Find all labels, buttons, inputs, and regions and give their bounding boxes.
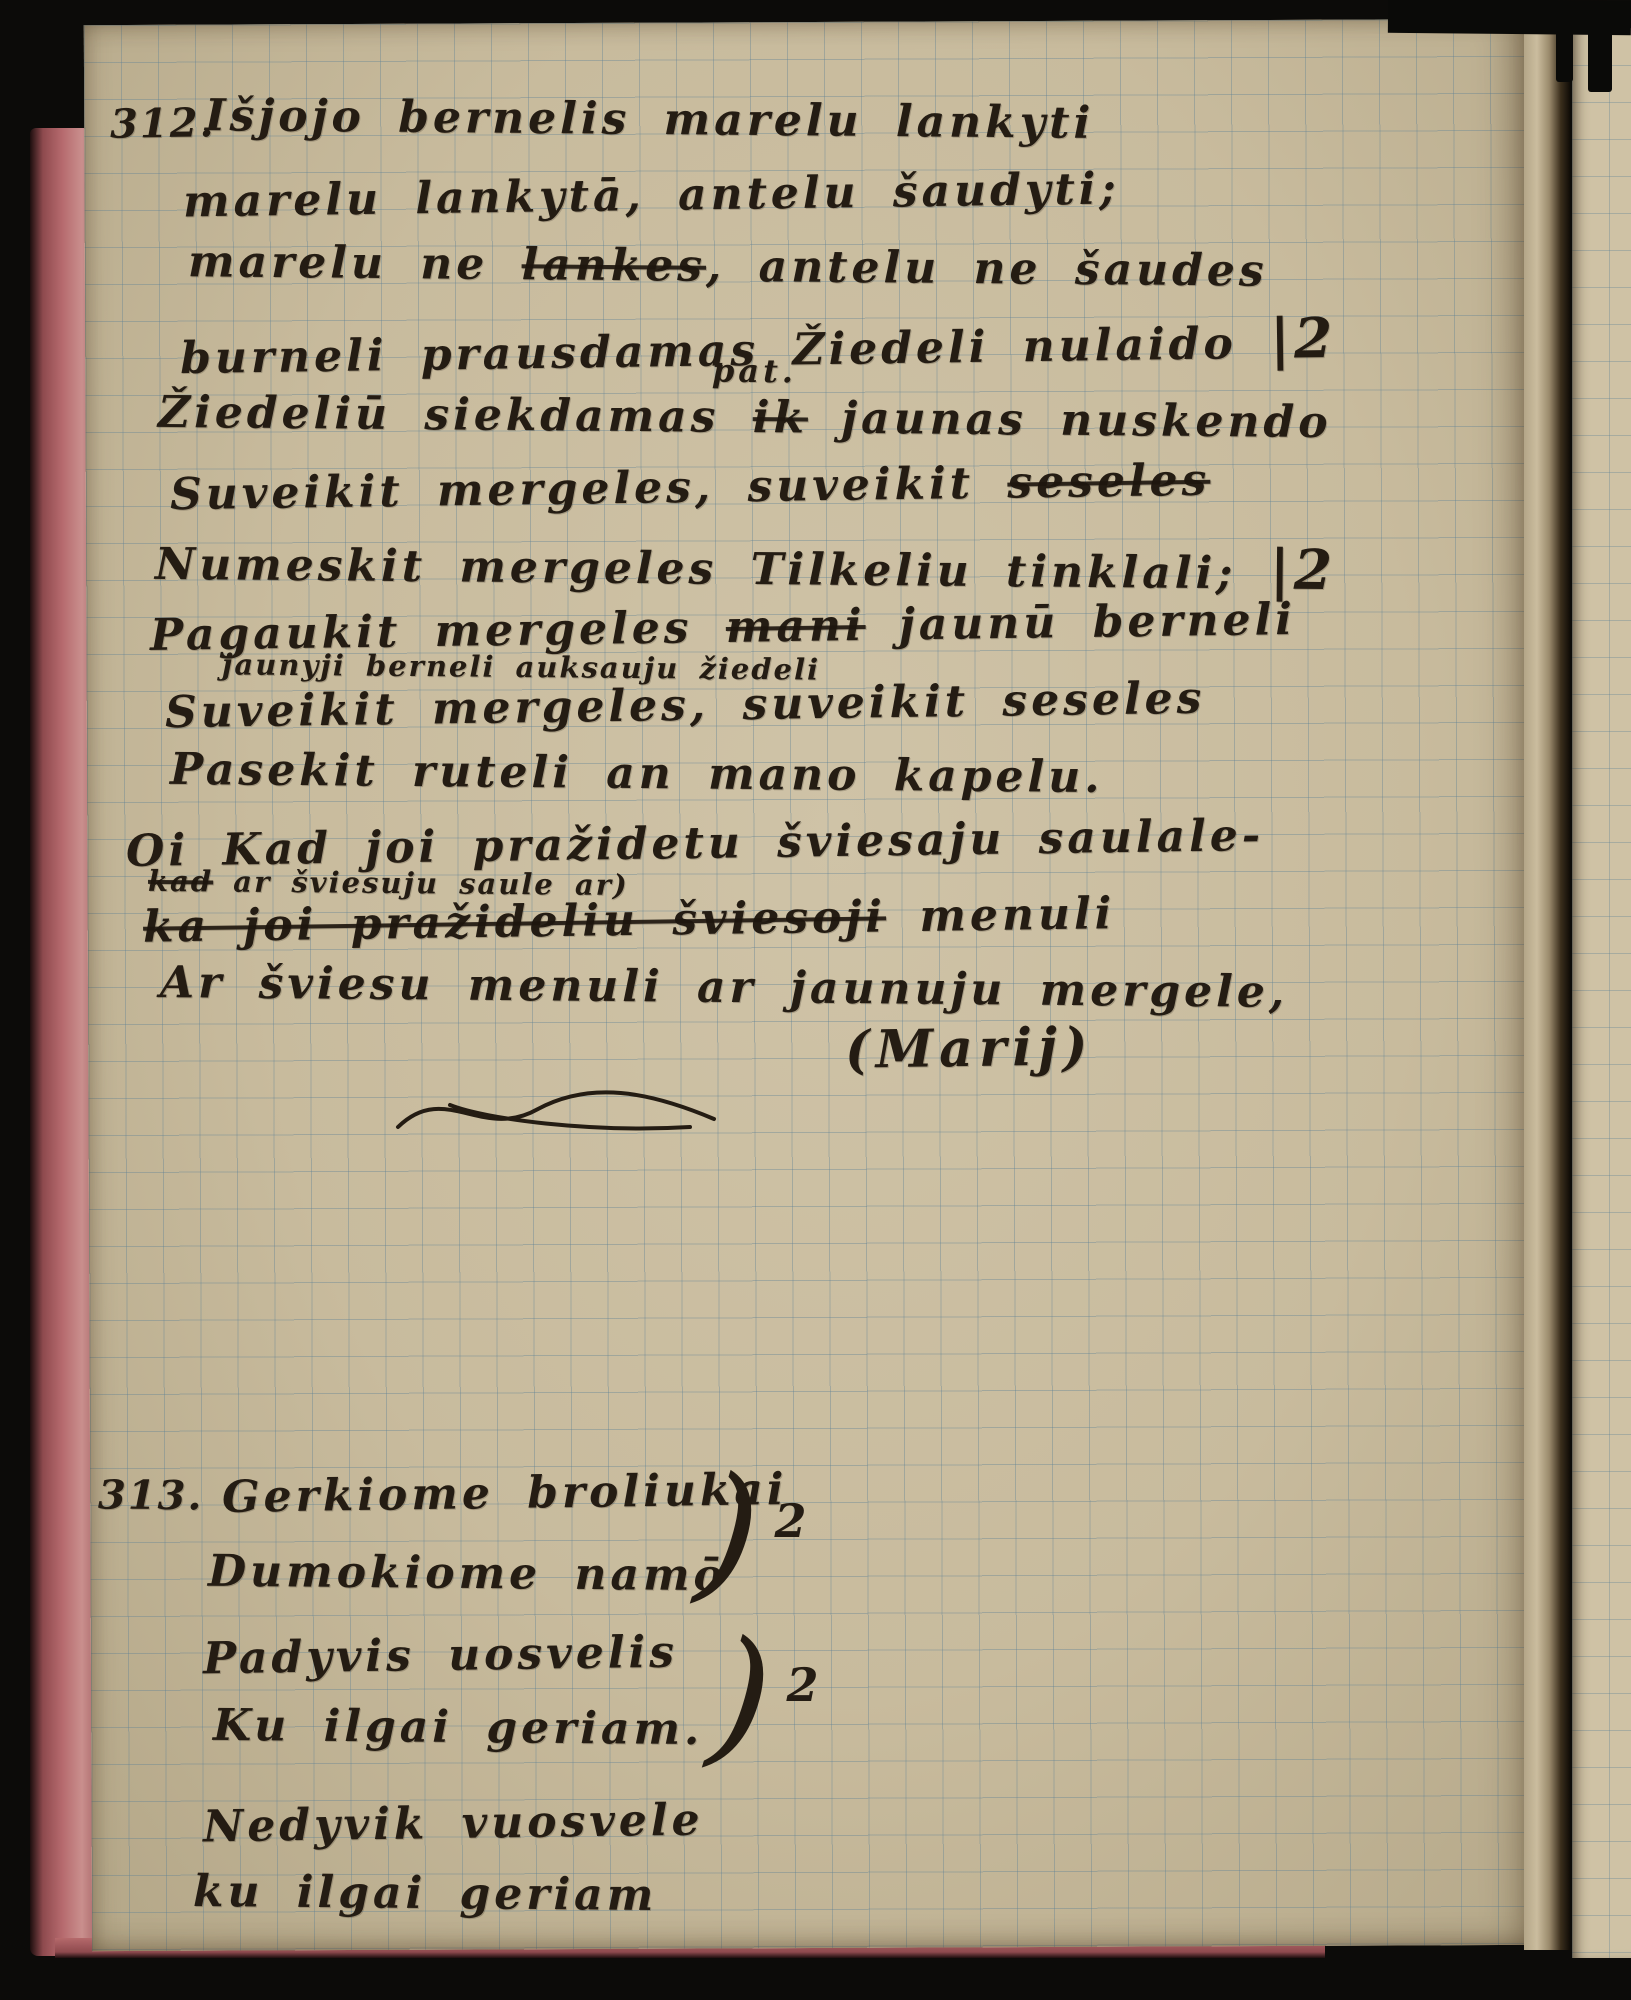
manuscript-line: Pasekit ruteli an mano kapelu. [170,744,1104,803]
text-segment: Nedyvik vuosvele [203,1795,704,1853]
song-number-312: 312. [110,99,216,147]
struck-word: ik [753,392,809,443]
struck-phrase: ka joi pražideliu šviesoji [143,891,887,952]
text-segment: jaunū berneli [865,594,1296,651]
text-segment: Dumokiome namō [208,1546,727,1602]
struck-word: kad [148,864,213,899]
binding-clip [1556,30,1573,82]
repeat-bracket-glyph: ) [692,1455,766,1610]
repeat-count: 2 [787,1658,819,1712]
struck-word: lankes [521,239,706,292]
text-segment: menuli [886,888,1116,942]
text-segment: Ar šviesu menuli ar jaunuju mergele, [160,957,1289,1018]
struck-word: seseles [1007,455,1211,509]
text-segment: Žiedeliū siekdamas [158,387,753,443]
manuscript-line: Padyvis uosvelis [203,1627,679,1685]
manuscript-line: Ku ilgai geriam. [213,1700,704,1755]
inserted-word-above-line: pat. [712,352,797,391]
repeat-mark: |2 [1269,537,1336,603]
manuscript-line: Išjojo bernelis marelu lankyti [205,90,1095,149]
manuscript-line: Numeskit mergeles Tilkeliu tinklali; |2 [155,527,1337,602]
binding-clip [1588,30,1612,92]
manuscript-line: Ar šviesu menuli ar jaunuju mergele, [160,957,1289,1018]
flourish-divider [390,1075,720,1159]
text-segment: Išjojo bernelis marelu lankyti [205,90,1095,149]
text-segment: Padyvis uosvelis [203,1627,679,1685]
repeat-mark: |2 [1270,305,1337,371]
collector-signature: (Marij) [845,1016,1094,1080]
manuscript-line: Dumokiome namō [208,1546,727,1602]
manuscript-line: Nedyvik vuosvele [203,1795,704,1853]
repeat-bracket-glyph: ) [704,1619,778,1774]
text-segment: , antelu ne šaudes [706,241,1268,297]
manuscript-photo: 312. Išjojo bernelis marelu lankyti mare… [0,0,1631,2000]
manuscript-line: Žiedeliū siekdamas ik jaunas nuskendo [158,387,1332,448]
repeat-count: 2 [775,1494,807,1548]
text-segment: marelu ne [188,236,522,290]
text-segment: ku ilgai geriam [193,1866,658,1921]
page-edge-stack [1524,20,1570,1950]
text-segment: Ku ilgai geriam. [213,1700,704,1755]
text-segment: jaunas nuskendo [808,393,1332,449]
struck-word: mani [725,600,865,653]
text-segment: Pasekit ruteli an mano kapelu. [170,744,1104,803]
song-number-313: 313. [98,1472,204,1520]
manuscript-line: ku ilgai geriam [193,1866,658,1921]
repeat-bracket: ) 2 [712,1622,771,1772]
adjacent-page-edge [1572,28,1631,1958]
repeat-bracket: ) 2 [700,1458,759,1608]
manuscript-line: marelu ne lankes, antelu ne šaudes [188,236,1268,296]
text-segment: Numeskit mergeles Tilkeliu tinklali; [155,539,1270,600]
